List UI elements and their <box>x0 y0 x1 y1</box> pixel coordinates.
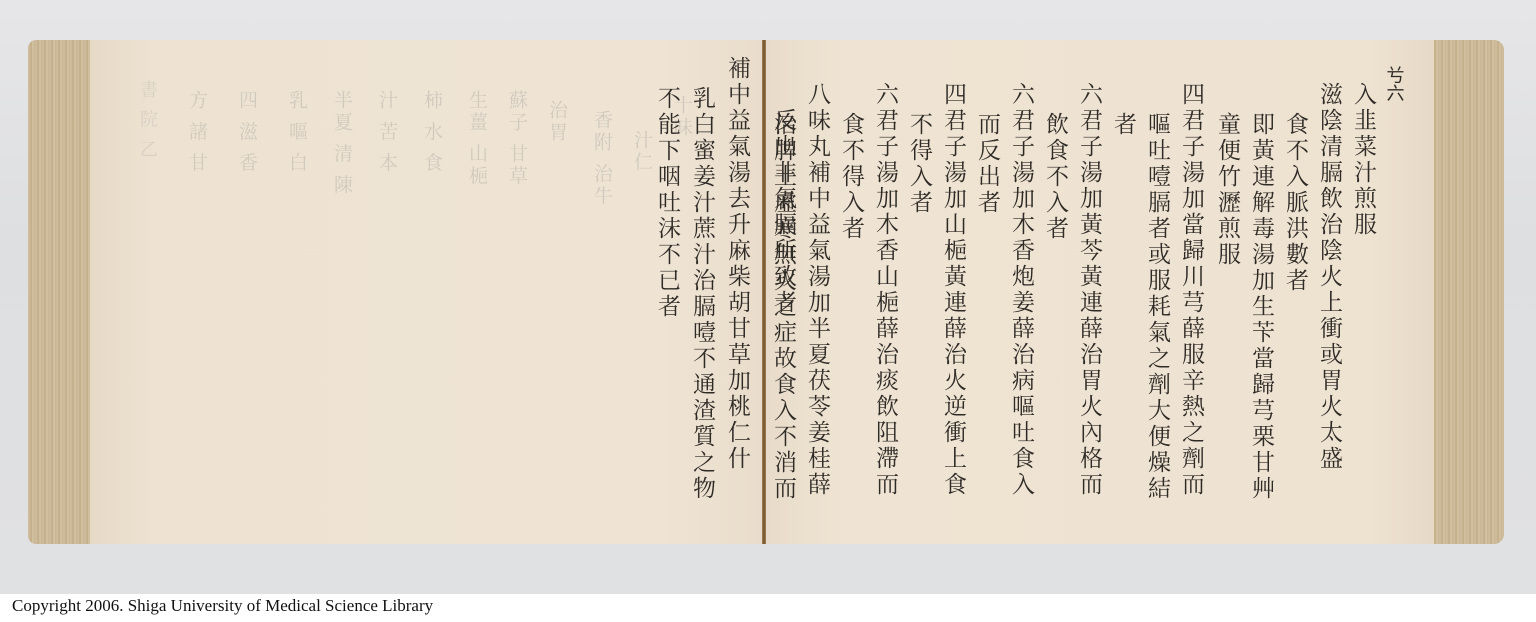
right-page-last-column-wrapper: 反出非氣膈所致者 <box>766 108 800 316</box>
text-column: 六君子湯加木香炮姜薛治病嘔吐食入 <box>1004 82 1038 498</box>
ghost-column: 蘇子 甘草 <box>500 90 534 187</box>
text-column: 入韭菜汁煎服 <box>1346 82 1380 238</box>
text-column: 六君子湯加黃芩黃連薛治胃火內格而 <box>1072 82 1106 498</box>
ghost-column: 香附 治牛 <box>585 110 619 207</box>
text-column: 飲食不入者 <box>1038 112 1072 242</box>
ghost-column: 治胃 <box>540 100 574 144</box>
text-column: 嘔吐噎膈者或服耗氣之劑大便燥結 <box>1140 112 1174 502</box>
text-column: 補中益氣湯去升麻柴胡甘草加桃仁什 <box>720 56 754 472</box>
text-column: 六君子湯加木香山梔薛治痰飲阻滯而 <box>868 82 902 498</box>
text-column: 四君子湯加山梔黃連薛治火逆衝上食 <box>936 82 970 498</box>
ghost-column: 柿 水 食 <box>415 90 449 174</box>
text-column: 滋陰清膈飲治陰火上衝或胃火太盛 <box>1312 82 1346 472</box>
text-column: 而反出者 <box>970 112 1004 216</box>
text-column: 食不入脈洪數者 <box>1278 112 1312 294</box>
ghost-column: 半夏 清 陳 <box>325 90 359 196</box>
ghost-column: 乳 嘔 白 <box>280 90 314 174</box>
text-column: 童便竹瀝煎服 <box>1210 112 1244 268</box>
text-column: 不能下咽吐沫不已者 <box>650 86 684 320</box>
left-page-edges <box>28 40 94 544</box>
ghost-column: 四 滋 香 <box>230 90 264 174</box>
right-page: 𠔃六 入韭菜汁煎服 滋陰清膈飲治陰火上衝或胃火太盛 食不入脈洪數者 即黃連解毒湯… <box>766 40 1434 544</box>
text-column: 食不得入者 <box>834 112 868 242</box>
page-number: 𠔃六 <box>1384 66 1405 102</box>
copyright-notice: Copyright 2006. Shiga University of Medi… <box>12 596 433 616</box>
text-column: 乳白蜜姜汁蔗汁治膈噎不通渣質之物 <box>685 86 719 502</box>
text-column: 即黃連解毒湯加生苄當歸芎栗甘艸 <box>1244 112 1278 502</box>
text-column: 不得入者 <box>902 112 936 216</box>
text-column: 反出非氣膈所致者 <box>766 108 800 316</box>
ghost-column: 書 院 乙 <box>130 80 164 160</box>
text-column: 者 <box>1106 112 1140 138</box>
ghost-column: 方 諸 甘 <box>180 90 214 174</box>
text-column: 四君子湯加當歸川芎薛服辛熱之劑而 <box>1174 82 1208 498</box>
text-column: 八味丸補中益氣湯加半夏茯苓姜桂薛 <box>800 82 834 498</box>
ghost-column: 生薑 山梔 <box>460 90 494 187</box>
left-page: 書 院 乙 方 諸 甘 四 滋 香 乳 嘔 白 半夏 清 陳 汁 苦 本 柿 水… <box>90 40 762 544</box>
right-page-edges <box>1432 40 1504 544</box>
ghost-column: 汁 苦 本 <box>370 90 404 174</box>
